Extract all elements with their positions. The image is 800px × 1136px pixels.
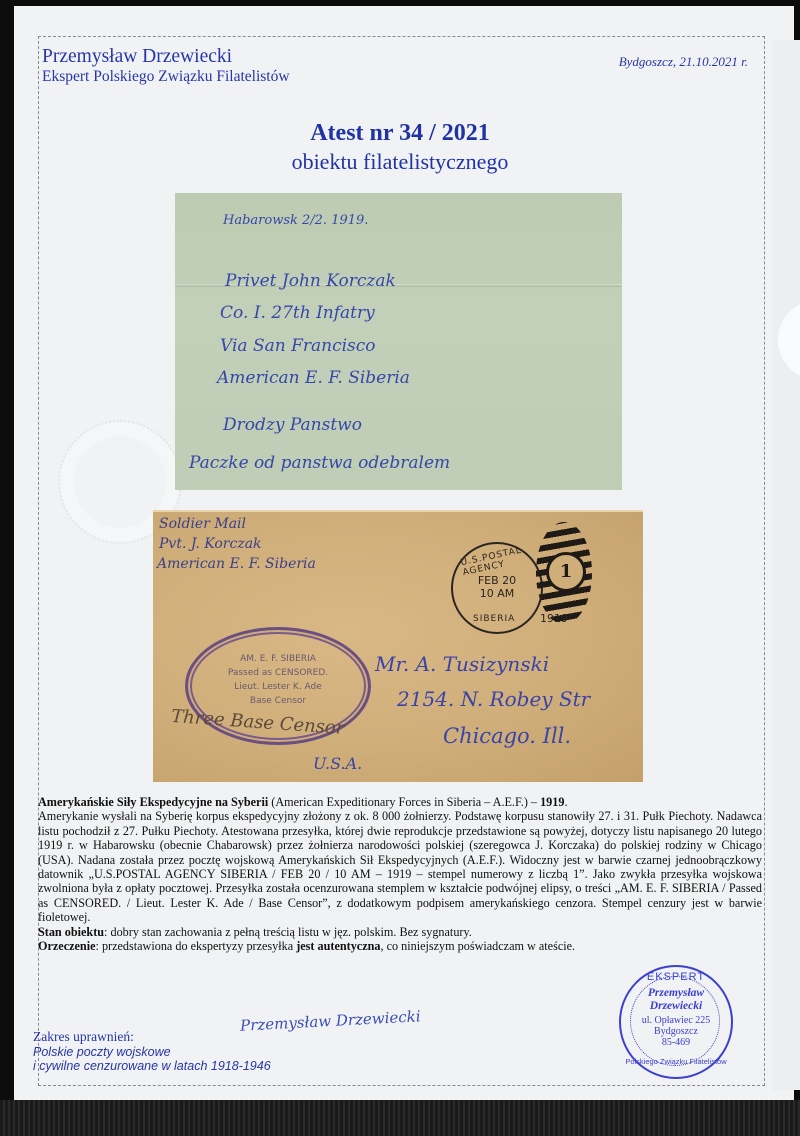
postmark-date-line: FEB 20 bbox=[453, 574, 541, 587]
killer-cancel-icon: 1 bbox=[536, 522, 592, 624]
author-name: Przemysław Drzewiecki bbox=[42, 46, 232, 68]
scope-block: Zakres uprawnień: Polskie poczty wojskow… bbox=[33, 1030, 271, 1074]
censor-line: AM. E. F. SIBERIA bbox=[188, 652, 368, 666]
sender-line: Soldier Mail bbox=[159, 516, 246, 532]
address-line: Chicago. Ill. bbox=[443, 724, 571, 748]
postmark-time-line: 10 AM bbox=[453, 587, 541, 600]
letter-line: Via San Francisco bbox=[220, 336, 376, 356]
letter-line: Co. I. 27th Infatry bbox=[220, 303, 375, 323]
sheet-edge bbox=[772, 40, 800, 1090]
description-heading: Amerykańskie Siły Ekspedycyjne na Syberi… bbox=[38, 795, 762, 809]
postmark-year: 1919 bbox=[540, 612, 568, 625]
verdict-label: Orzeczenie bbox=[38, 939, 96, 953]
letter-line: Paczke od panstwa odebralem bbox=[189, 453, 450, 473]
postmark-date: FEB 20 10 AM bbox=[453, 574, 541, 600]
certificate-title: Atest nr 34 / 2021 bbox=[0, 120, 800, 147]
country-line: U.S.A. bbox=[313, 754, 362, 773]
stamp-top: EKSPERT bbox=[621, 971, 731, 983]
address-line: Mr. A. Tusizynski bbox=[375, 652, 549, 676]
postmark-stamp: U.S.POSTAL AGENCY FEB 20 10 AM SIBERIA bbox=[451, 542, 543, 634]
letter-line: Habarowsk 2/2. 1919. bbox=[223, 213, 368, 228]
author-title: Ekspert Polskiego Związku Filatelistów bbox=[42, 68, 290, 86]
place-date: Bydgoszcz, 21.10.2021 r. bbox=[619, 54, 748, 70]
address-line: 2154. N. Robey Str bbox=[397, 687, 590, 711]
stamp-address-line: Bydgoszcz bbox=[621, 1026, 731, 1037]
letter-line: Drodzy Panstwo bbox=[223, 415, 362, 435]
letter-image: Habarowsk 2/2. 1919. Privet John Korczak… bbox=[175, 193, 622, 490]
censor-line: Passed as CENSORED. bbox=[188, 666, 368, 680]
certificate-subtitle: obiektu filatelistycznego bbox=[0, 149, 800, 175]
condition-line: Stan obiektu: dobry stan zachowania z pe… bbox=[38, 925, 762, 939]
censor-line: Base Censor bbox=[188, 694, 368, 708]
envelope-image: Soldier Mail Pvt. J. Korczak American E.… bbox=[153, 510, 643, 782]
postmark-top: U.S.POSTAL AGENCY bbox=[460, 542, 542, 578]
stamp-name: Przemysław Drzewiecki bbox=[621, 987, 731, 1013]
verdict-bold: jest autentyczna bbox=[296, 939, 380, 953]
letter-line: American E. F. Siberia bbox=[217, 368, 410, 388]
sender-line: American E. F. Siberia bbox=[157, 556, 316, 572]
scope-line: Polskie poczty wojskowe bbox=[33, 1045, 271, 1060]
killer-number: 1 bbox=[546, 552, 586, 592]
expert-stamp-icon: EKSPERT Przemysław Drzewiecki ul. Opławi… bbox=[619, 965, 733, 1079]
scanner-edge bbox=[0, 1100, 800, 1136]
condition-label: Stan obiektu bbox=[38, 925, 104, 939]
verdict-line: Orzeczenie: przedstawiona do ekspertyzy … bbox=[38, 939, 762, 953]
heading-bold: Amerykańskie Siły Ekspedycyjne na Syberi… bbox=[38, 795, 268, 809]
postmark-bottom: SIBERIA bbox=[473, 614, 515, 624]
scope-label: Zakres uprawnień: bbox=[33, 1030, 271, 1045]
condition-text: : dobry stan zachowania z pełną treścią … bbox=[104, 925, 472, 939]
verdict-text-end: , co niniejszym poświadczam w ateście. bbox=[380, 939, 575, 953]
description-paragraph: Amerykanie wysłali na Syberię korpus eks… bbox=[38, 809, 762, 924]
stamp-address: ul. Opławiec 225 Bydgoszcz 85-469 bbox=[621, 1015, 731, 1048]
letter-line: Privet John Korczak bbox=[225, 271, 396, 291]
censor-line: Lieut. Lester K. Ade bbox=[188, 680, 368, 694]
heading-rest: (American Expeditionary Forces in Siberi… bbox=[268, 795, 540, 809]
heading-year: 1919 bbox=[540, 795, 564, 809]
stamp-name-line: Przemysław bbox=[621, 987, 731, 1000]
stamp-address-line: ul. Opławiec 225 bbox=[621, 1015, 731, 1026]
scope-line: i cywilne cenzurowane w latach 1918-1946 bbox=[33, 1059, 271, 1074]
verdict-text: : przedstawiona do ekspertyzy przesyłka bbox=[96, 939, 297, 953]
heading-end: . bbox=[564, 795, 567, 809]
stamp-name-line: Drzewiecki bbox=[621, 1000, 731, 1013]
stamp-address-line: 85-469 bbox=[621, 1037, 731, 1048]
stamp-bottom: Polskiego Związku Filatelistów bbox=[621, 1057, 731, 1066]
certificate-description: Amerykańskie Siły Ekspedycyjne na Syberi… bbox=[38, 795, 762, 953]
sender-line: Pvt. J. Korczak bbox=[159, 536, 262, 552]
